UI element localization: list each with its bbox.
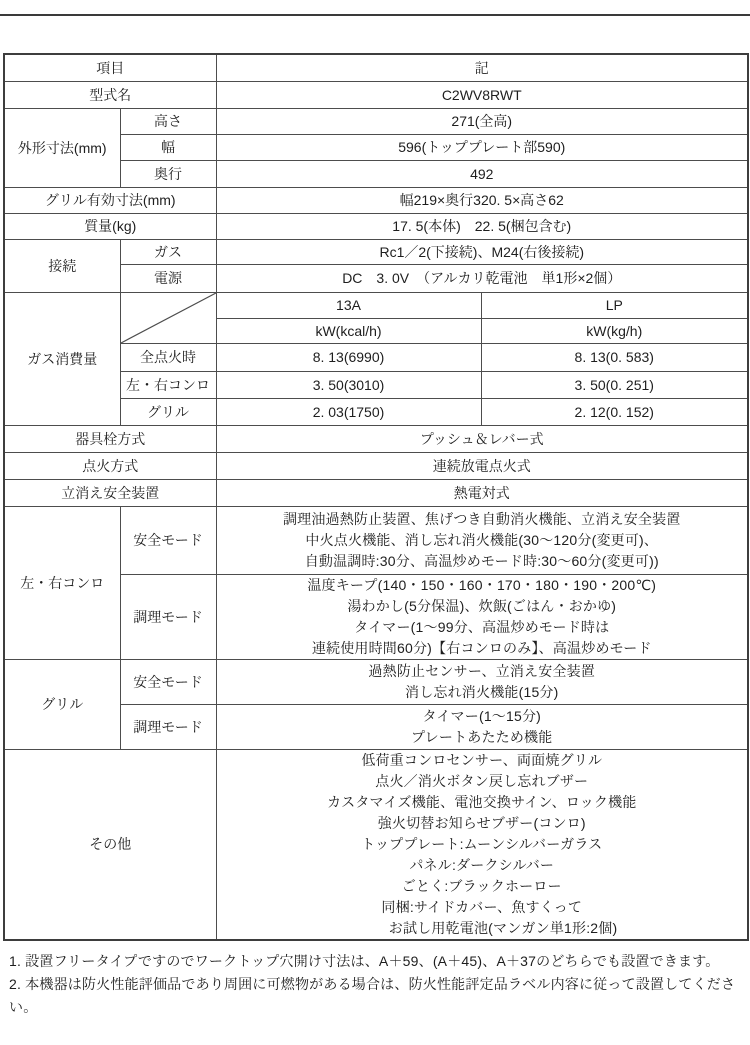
gas-unit-13a-label: kW(kcal/h) <box>216 318 481 343</box>
gas-grill-label: グリル <box>120 398 216 425</box>
row-other-features: その他 低荷重コンロセンサー、両面焼グリル 点火／消火ボタン戻し忘れブザー カス… <box>4 749 748 940</box>
dimension-depth-value: 492 <box>216 160 748 187</box>
grill-cooking-mode-value: タイマー(1～15分) プレートあたため機能 <box>216 704 748 749</box>
row-gas-type-header: ガス消費量 13A LP <box>4 292 748 318</box>
connection-gas-value: Rc1／2(下接続)、M24(右後接続) <box>216 239 748 264</box>
gas-grill-13a-value: 2. 03(1750) <box>216 398 481 425</box>
model-value: C2WV8RWT <box>216 81 748 108</box>
gas-consumption-label: ガス消費量 <box>4 292 120 425</box>
burners-safety-mode-value: 調理油過熱防止装置、焦げつき自動消火機能、立消え安全装置 中火点火機能、消し忘れ… <box>216 506 748 574</box>
gas-left-right-burner-lp-value: 3. 50(0. 251) <box>481 371 748 398</box>
row-model: 型式名 C2WV8RWT <box>4 81 748 108</box>
grill-dimensions-label: グリル有効寸法(mm) <box>4 187 216 213</box>
model-label: 型式名 <box>4 81 216 108</box>
valve-type-value: プッシュ＆レバー式 <box>216 425 748 452</box>
dimension-depth-label: 奥行 <box>120 160 216 187</box>
weight-label: 質量(kg) <box>4 213 216 239</box>
row-valve-type: 器具栓方式 プッシュ＆レバー式 <box>4 425 748 452</box>
gas-all-burners-13a-value: 8. 13(6990) <box>216 343 481 371</box>
grill-safety-mode-value: 過熱防止センサー、立消え安全装置 消し忘れ消火機能(15分) <box>216 659 748 704</box>
burners-label: 左・右コンロ <box>4 506 120 659</box>
row-ignition-type: 点火方式 連続放電点火式 <box>4 452 748 479</box>
gas-left-right-burner-13a-value: 3. 50(3010) <box>216 371 481 398</box>
grill-label: グリル <box>4 659 120 749</box>
valve-type-label: 器具栓方式 <box>4 425 216 452</box>
connection-gas-label: ガス <box>120 239 216 264</box>
gas-left-right-burner-label: 左・右コンロ <box>120 371 216 398</box>
dimension-height-label: 高さ <box>120 108 216 134</box>
dimension-height-value: 271(全高) <box>216 108 748 134</box>
other-features-label: その他 <box>4 749 216 940</box>
flame-failure-value: 熱電対式 <box>216 479 748 506</box>
weight-value: 17. 5(本体) 22. 5(梱包含む) <box>216 213 748 239</box>
row-weight: 質量(kg) 17. 5(本体) 22. 5(梱包含む) <box>4 213 748 239</box>
row-grill-safety-mode: グリル 安全モード 過熱防止センサー、立消え安全装置 消し忘れ消火機能(15分) <box>4 659 748 704</box>
burners-safety-mode-label: 安全モード <box>120 506 216 574</box>
other-features-value: 低荷重コンロセンサー、両面焼グリル 点火／消火ボタン戻し忘れブザー カスタマイズ… <box>216 749 748 940</box>
dimension-width-value: 596(トッププレート部590) <box>216 134 748 160</box>
gas-consumption-diagonal-cell <box>120 292 216 343</box>
burners-cooking-mode-label: 調理モード <box>120 574 216 659</box>
header-item-label: 項目 <box>4 54 216 81</box>
ignition-type-value: 連続放電点火式 <box>216 452 748 479</box>
dimension-width-label: 幅 <box>120 134 216 160</box>
row-grill-dimensions: グリル有効寸法(mm) 幅219×奥行320. 5×高さ62 <box>4 187 748 213</box>
burners-cooking-mode-value: 温度キープ(140・150・160・170・180・190・200℃) 湯わかし… <box>216 574 748 659</box>
row-flame-failure-device: 立消え安全装置 熱電対式 <box>4 479 748 506</box>
top-divider-rule <box>0 14 750 16</box>
grill-dimensions-value: 幅219×奥行320. 5×高さ62 <box>216 187 748 213</box>
grill-safety-mode-label: 安全モード <box>120 659 216 704</box>
spec-sheet-page: { "page": { "background": "#ffffff", "ru… <box>0 0 750 1045</box>
footnotes: 1. 設置フリータイプですのでワークトップ穴開け寸法は、A＋59、(A＋45)、… <box>9 950 749 1019</box>
connection-power-value: DC 3. 0V （アルカリ乾電池 単1形×2個） <box>216 264 748 292</box>
footnote-fire-safety: 2. 本機器は防火性能評価品であり周囲に可燃物がある場合は、防火性能評定品ラベル… <box>9 973 749 1019</box>
gas-all-burners-lp-value: 8. 13(0. 583) <box>481 343 748 371</box>
gas-all-burners-label: 全点火時 <box>120 343 216 371</box>
spec-table: 項目 記 型式名 C2WV8RWT 外形寸法(mm) 高さ 271(全高) 幅 … <box>3 53 749 941</box>
row-dimension-height: 外形寸法(mm) 高さ 271(全高) <box>4 108 748 134</box>
header-value-label: 記 <box>216 54 748 81</box>
gas-column-13a-label: 13A <box>216 292 481 318</box>
connection-label: 接続 <box>4 239 120 292</box>
gas-grill-lp-value: 2. 12(0. 152) <box>481 398 748 425</box>
gas-column-lp-label: LP <box>481 292 748 318</box>
row-header: 項目 記 <box>4 54 748 81</box>
outer-dimensions-label: 外形寸法(mm) <box>4 108 120 187</box>
connection-power-label: 電源 <box>120 264 216 292</box>
gas-unit-lp-label: kW(kg/h) <box>481 318 748 343</box>
grill-cooking-mode-label: 調理モード <box>120 704 216 749</box>
row-connection-gas: 接続 ガス Rc1／2(下接続)、M24(右後接続) <box>4 239 748 264</box>
footnote-installation: 1. 設置フリータイプですのでワークトップ穴開け寸法は、A＋59、(A＋45)、… <box>9 950 749 973</box>
ignition-type-label: 点火方式 <box>4 452 216 479</box>
flame-failure-label: 立消え安全装置 <box>4 479 216 506</box>
row-burners-safety-mode: 左・右コンロ 安全モード 調理油過熱防止装置、焦げつき自動消火機能、立消え安全装… <box>4 506 748 574</box>
diagonal-line-icon <box>121 293 216 343</box>
